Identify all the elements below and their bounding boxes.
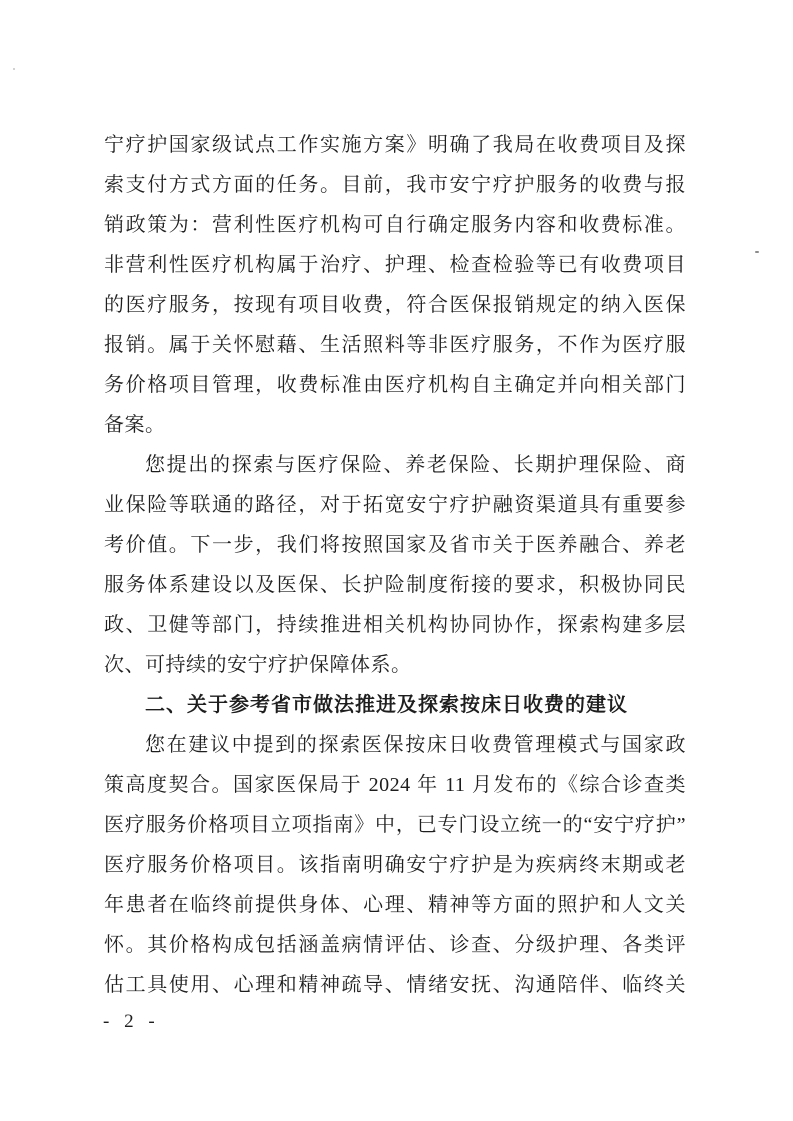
body-line: 医疗服务价格项目立项指南》中，已专门设立统一的“安宁疗护” (104, 805, 686, 845)
body-line: 备案。 (104, 405, 686, 445)
body-line: 政、卫健等部门，持续推进相关机构协同协作，探索构建多层 (104, 605, 686, 645)
body-line: 销政策为：营利性医疗机构可自行确定服务内容和收费标准。 (104, 205, 686, 245)
document-page: 宁疗护国家级试点工作实施方案》明确了我局在收费项目及探 索支付方式方面的任务。目… (0, 0, 793, 1121)
body-line: 服务体系建设以及医保、长护险制度衔接的要求，积极协同民 (104, 565, 686, 605)
body-line: 非营利性医疗机构属于治疗、护理、检查检验等已有收费项目 (104, 245, 686, 285)
page-number: - 2 - (103, 1006, 160, 1038)
section-heading: 二、关于参考省市做法推进及探索按床日收费的建议 (104, 685, 686, 725)
body-line: 您提出的探索与医疗保险、养老保险、长期护理保险、商 (104, 445, 686, 485)
body-line: 务价格项目管理，收费标准由医疗机构自主确定并向相关部门 (104, 365, 686, 405)
body-line: 策高度契合。国家医保局于 2024 年 11 月发布的《综合诊查类 (104, 765, 686, 805)
body-line: 估工具使用、心理和精神疏导、情绪安抚、沟通陪伴、临终关 (104, 965, 686, 1005)
body-line: 次、可持续的安宁疗护保障体系。 (104, 645, 686, 685)
body-line: 报销。属于关怀慰藉、生活照料等非医疗服务，不作为医疗服 (104, 325, 686, 365)
document-body: 宁疗护国家级试点工作实施方案》明确了我局在收费项目及探 索支付方式方面的任务。目… (104, 125, 686, 1005)
scan-speck (13, 68, 15, 70)
scan-speck (755, 251, 759, 253)
body-line: 年患者在临终前提供身体、心理、精神等方面的照护和人文关 (104, 885, 686, 925)
body-line: 宁疗护国家级试点工作实施方案》明确了我局在收费项目及探 (104, 125, 686, 165)
body-line: 的医疗服务，按现有项目收费，符合医保报销规定的纳入医保 (104, 285, 686, 325)
body-line: 索支付方式方面的任务。目前，我市安宁疗护服务的收费与报 (104, 165, 686, 205)
body-line: 业保险等联通的路径，对于拓宽安宁疗护融资渠道具有重要参 (104, 485, 686, 525)
body-line: 您在建议中提到的探索医保按床日收费管理模式与国家政 (104, 725, 686, 765)
scan-speck (109, 136, 112, 139)
body-line: 怀。其价格构成包括涵盖病情评估、诊查、分级护理、各类评 (104, 925, 686, 965)
body-line: 考价值。下一步，我们将按照国家及省市关于医养融合、养老 (104, 525, 686, 565)
body-line: 医疗服务价格项目。该指南明确安宁疗护是为疾病终末期或老 (104, 845, 686, 885)
